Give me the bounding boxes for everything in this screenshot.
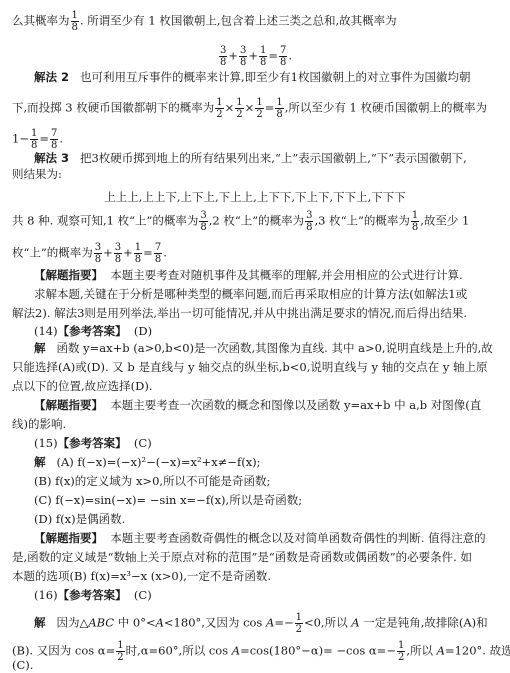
tip-label: 【解题指要】 — [34, 268, 103, 282]
text-line-1: 么其概率为18. 所谓至少有 1 枚国徽朝上,包含着上述三类之总和,故其概率为 — [12, 10, 397, 33]
method-2-line: 解法 2 也可利用互斥事件的概率来计算,即至少有1枚国徽朝上的对立事件为国徽均朝 — [34, 70, 470, 84]
text-line-13: 解法2). 解法3则是用列举法,举出一切可能情况,并从中挑出满足要求的情况,而后… — [12, 306, 467, 320]
text-line-9: 共 8 种. 观察可知,1 枚“上”的概率为38,2 枚“上”的概率为38,3 … — [12, 210, 469, 233]
method-3-label: 解法 3 — [34, 151, 69, 165]
tip-line-1: 【解题指要】 本题主要考查对随机事件及其概率的理解,并会用相应的公式进行计算. — [34, 268, 463, 282]
text-line-26: 是,函数的定义域是“数轴上关于原点对称的范围”是“函数是奇函数或偶函数”的必要条… — [12, 550, 472, 564]
text-line-4: 下,而投掷 3 枚硬币国徽都朝下的概率为12×12×12=18,所以至少有 1 … — [12, 97, 487, 120]
text-line-19: 线)的影响. — [12, 417, 66, 431]
answer-value: (D) — [134, 324, 152, 338]
document-page: 么其概率为18. 所谓至少有 1 枚国徽朝上,包含着上述三类之总和,故其概率为 … — [0, 0, 510, 673]
answer-label: 【参考答案】 — [58, 324, 127, 338]
answer-15-line: (15)【参考答案】 (C) — [34, 436, 152, 450]
answer-14-line: (14)【参考答案】 (D) — [34, 324, 152, 338]
text-line-30: (B). 又因为 cos α=12时,α=60°,所以 cos A=cos(18… — [12, 640, 510, 663]
text-line-10: 枚“上”的概率为38+38+18=78. — [12, 242, 167, 265]
text-line-22: (B) f(x)的定义域为 x>0,所以不可能是奇函数; — [34, 474, 270, 488]
text-line-23: (C) f(−x)=sin(−x)= −sin x=−f(x),所以是奇函数; — [34, 493, 302, 507]
text-line-12: 求解本题,关键在于分析是哪种类型的概率问题,而后再采取相应的计算方法(如解法1或 — [34, 287, 467, 301]
text-line-31: (C). — [12, 658, 33, 672]
fraction: 18 — [71, 10, 79, 33]
solution-14-line: 解 函数 y=ax+b (a>0,b<0)是一次函数,其图像为直线. 其中 a>… — [34, 341, 493, 355]
solution-15-line: 解 (A) f(−x)=(−x)²−(−x)=x²+x≠−f(x); — [34, 455, 261, 469]
tip-line-2: 【解题指要】 本题主要考查一次函数的概念和图像以及函数 y=ax+b 中 a,b… — [34, 398, 481, 412]
outcome-list: 上上上,上上下,上下上,下上上,上下下,下上下,下下上,下下下 — [0, 190, 510, 204]
tip-line-3: 【解题指要】 本题主要考查函数奇偶性的概念以及对简单函数奇偶性的判断. 值得注意… — [34, 531, 486, 545]
equation-sum: 38+38+18=78. — [0, 45, 510, 68]
text-line-16: 只能选择(A)或(D). 又 b 是直线与 y 轴交点的纵坐标,b<0,说明直线… — [12, 360, 488, 374]
text-line-5: 1−18=78. — [12, 128, 63, 151]
text-line-7: 则结果为: — [12, 167, 62, 181]
solution-16-line: 解 因为△ABC 中 0°<A<180°,又因为 cos A=−12<0,所以 … — [34, 612, 488, 635]
text-line-27: 本题的选项(B) f(x)=x³−x (x>0),一定不是奇函数. — [12, 569, 271, 583]
text-line-17: 点以下的位置,故应选择(D). — [12, 379, 153, 393]
answer-16-line: (16)【参考答案】 (C) — [34, 588, 152, 602]
text-line-24: (D) f(x)是偶函数. — [34, 512, 125, 526]
method-2-label: 解法 2 — [34, 70, 69, 84]
method-3-line: 解法 3 把3枚硬币掷到地上的所有结果列出来,“上”表示国徽朝上,“下”表示国徽… — [34, 151, 467, 165]
